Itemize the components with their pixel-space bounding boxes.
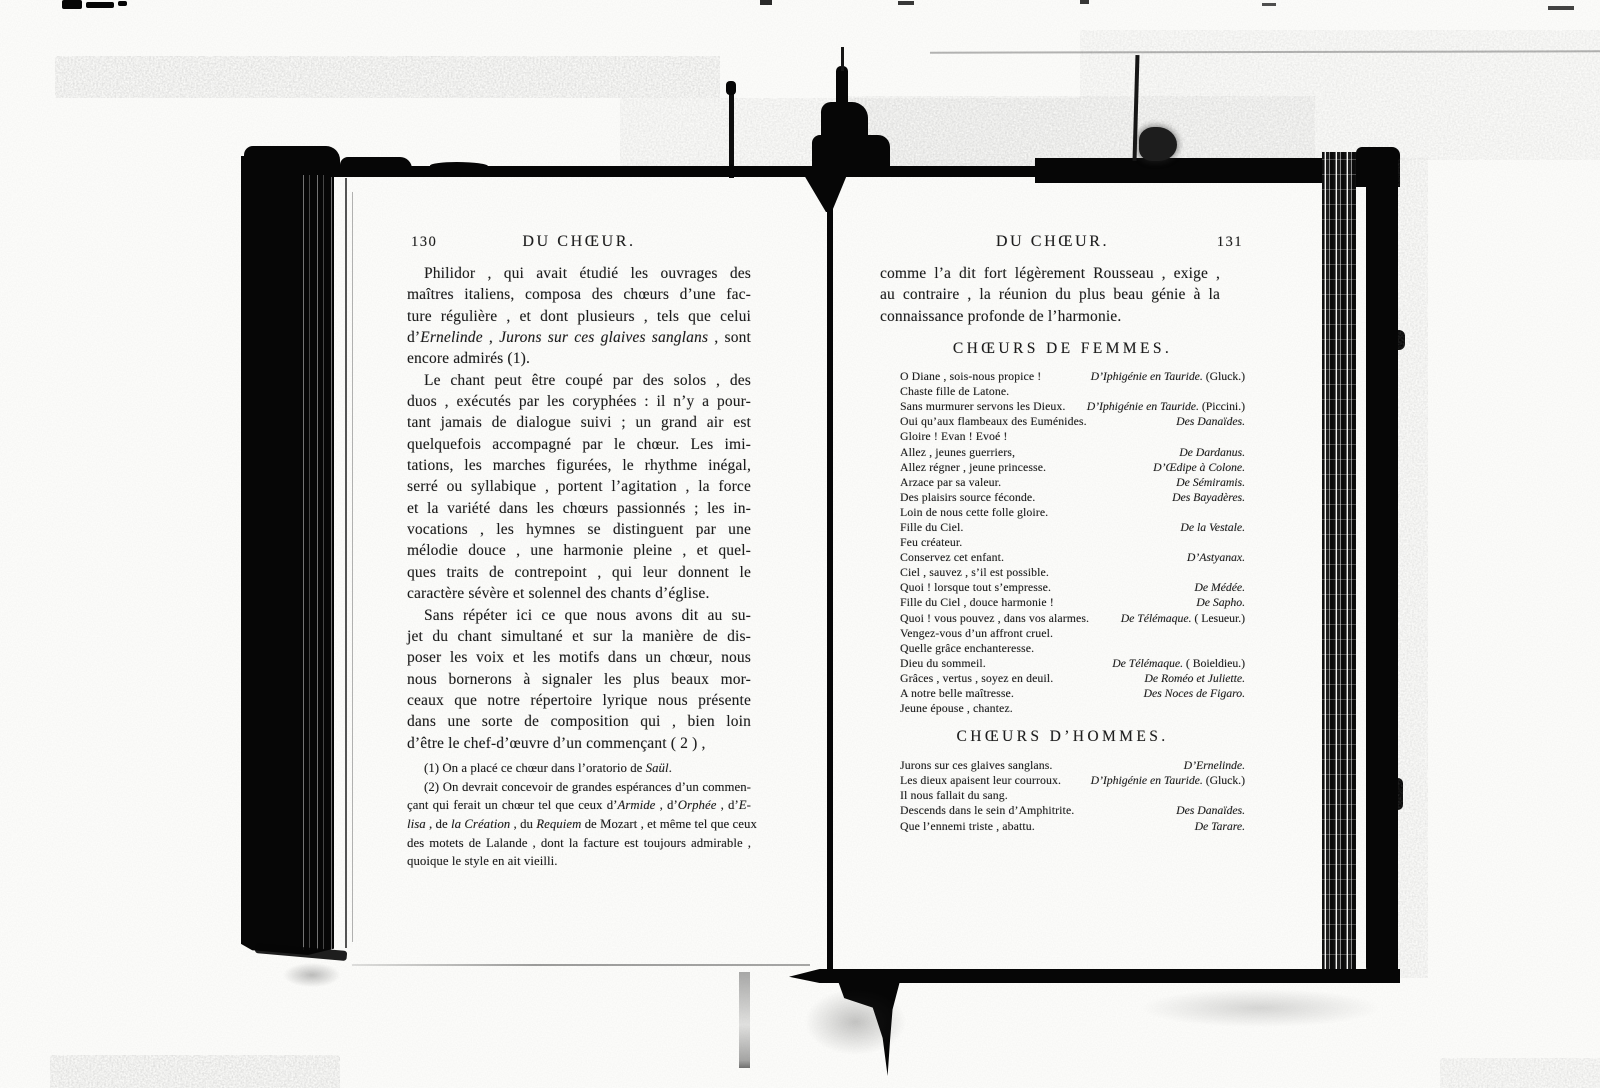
text-line: encore admirés (1). [407,348,751,369]
repertoire-row: Jurons sur ces glaives sanglans.D’Erneli… [900,758,1245,773]
scan-page-edge-line [345,178,347,948]
section-heading-choeurs-de-femmes: CHŒURS DE FEMMES. [880,340,1245,360]
chorus-title: Quoi ! lorsque tout s’empresse. [900,580,1051,595]
scan-ink-dash [1548,6,1574,10]
scan-ink-hairline [841,47,844,71]
repertoire-row: Fille du Ciel.De la Vestale. [900,520,1245,535]
text-line: des motets de Lalande , dont la facture … [407,834,751,853]
text-line: serré ou syllabique , portent l’agitatio… [407,476,751,497]
chorus-source: D’Astyanax. [1187,550,1245,565]
text-line: et la variété dans les chœurs passionnés… [407,498,751,519]
repertoire-row: Il nous fallait du sang. [900,788,1245,803]
right-page-number: 131 [1217,234,1243,251]
text-line: au contraire , la réunion du plus beau g… [880,284,1220,305]
text-line: comme l’a dit fort légèrement Rousseau ,… [880,263,1220,284]
left-page-number: 130 [411,234,437,251]
repertoire-row: Loin de nous cette folle gloire. [900,505,1245,520]
text-line: çant qui ferait un chœur tel que ceux d’… [407,796,751,815]
text-line: quelquefois accompagné par le chœur. Les… [407,434,751,455]
chorus-title: Dieu du sommeil. [900,656,986,671]
scan-right-edge-nub [1395,330,1405,350]
text-line: Le chant peut être coupé par des solos ,… [407,370,751,391]
text-line: lisa , de la Création , du Requiem de Mo… [407,815,751,834]
chorus-source: De Médée. [1194,580,1245,595]
text-line: ceaux que notre répertoire lyrique nous … [407,690,751,711]
chorus-title: Loin de nous cette folle gloire. [900,505,1048,520]
scan-binding-bottom-haze [272,958,352,992]
scan-ink-dash [62,0,82,9]
text-line: d’Ernelinde , Jurons sur ces glaives san… [407,327,751,348]
text-line: Sans répéter ici ce que nous avons dit a… [407,605,751,626]
text-line: d’être le chef-d’œuvre d’un commençant (… [407,733,751,754]
chorus-title: Descends dans le sein d’Amphitrite. [900,803,1074,818]
chorus-source: D’Œdipe à Colone. [1153,460,1245,475]
repertoire-row: Ciel , sauvez , s’il est possible. [900,565,1245,580]
chorus-title: Feu créateur. [900,535,962,550]
chorus-source: Des Danaïdes. [1176,414,1245,429]
chorus-title: Chaste fille de Latone. [900,384,1009,399]
repertoire-row: Grâces , vertus , soyez en deuil.De Romé… [900,671,1245,686]
chorus-title: Quelle grâce enchanteresse. [900,641,1034,656]
repertoire-row: A notre belle maîtresse.Des Noces de Fig… [900,686,1245,701]
text-line: dans une sorte de composition qui , bien… [407,711,751,732]
chorus-title: Jurons sur ces glaives sanglans. [900,758,1053,773]
text-line: (1) On a placé ce chœur dans l’oratorio … [407,759,751,778]
scan-smudge-bottom-left [50,1055,340,1088]
scan-page-edge-line [352,192,353,942]
text-line: tant jamais de dialogue suivi ; un grand… [407,412,751,433]
chorus-source: Des Noces de Figaro. [1144,686,1246,701]
text-line: ques traits de contrepoint , qui leur do… [407,562,751,583]
text-line: Philidor , qui avait étudié les ouvrages… [407,263,751,284]
scan-ink-dash [1080,0,1089,4]
repertoire-row: O Diane , sois-nous propice !D’Iphigénie… [900,369,1245,384]
chorus-title: Il nous fallait du sang. [900,788,1008,803]
repertoire-row: Quoi ! lorsque tout s’empresse.De Médée. [900,580,1245,595]
scan-ink-dash [898,1,914,5]
text-line: jet du chant simultané et sur la manière… [407,626,751,647]
right-page-body: comme l’a dit fort légèrement Rousseau ,… [880,263,1220,327]
left-running-head: 130 DU CHŒUR. [407,233,751,255]
repertoire-row: Conservez cet enfant.D’Astyanax. [900,550,1245,565]
scan-ink-blob [244,146,340,168]
scan-pole-knob [726,81,736,95]
scan-right-edge-nub [1394,778,1403,810]
chorus-title: Fille du Ciel. [900,520,963,535]
left-page: 130 DU CHŒUR. Philidor , qui avait étudi… [407,233,751,871]
text-line: (2) On devrait concevoir de grandes espé… [407,778,751,797]
chorus-source: De Sémiramis. [1176,475,1245,490]
text-line: tations, les marches figurées, le rhythm… [407,455,751,476]
scan-faint-hline [930,50,1600,53]
scan-smudge-bottom-right [1440,1058,1600,1088]
right-page: DU CHŒUR. 131 comme l’a dit fort légèrem… [880,233,1245,834]
chorus-title: Vengez-vous d’un affront cruel. [900,626,1053,641]
scan-right-edge-haze [1398,158,1428,978]
chorus-title: Allez , jeunes guerriers, [900,445,1015,460]
scan-ink-dash [1262,3,1276,6]
chorus-source: D’Iphigénie en Tauride. (Piccini.) [1087,399,1245,414]
running-head-text: DU CHŒUR. [996,233,1109,250]
text-line: vocations , les hymnes se distinguent pa… [407,519,751,540]
text-line: ture régulière , et dont plusieurs , tel… [407,306,751,327]
scanned-book-spread: 130 DU CHŒUR. Philidor , qui avait étudi… [0,0,1600,1088]
chorus-source: D’Iphigénie en Tauride. (Gluck.) [1091,773,1245,788]
chorus-source: De Télémaque. ( Lesueur.) [1121,611,1245,626]
scan-right-edge-band [1366,150,1398,983]
repertoire-row: Arzace par sa valeur.De Sémiramis. [900,475,1245,490]
chorus-title: A notre belle maîtresse. [900,686,1014,701]
chorus-source: D’Ernelinde. [1184,758,1245,773]
section-heading-choeurs-d-hommes: CHŒURS D’HOMMES. [880,728,1245,748]
chorus-source: De Sapho. [1196,595,1245,610]
chorus-source: De Dardanus. [1179,445,1245,460]
text-line: duos , exécutés par les coryphées : il n… [407,391,751,412]
repertoire-row: Les dieux apaisent leur courroux.D’Iphig… [900,773,1245,788]
chorus-title: Sans murmurer servons les Dieux. [900,399,1065,414]
repertoire-row: Sans murmurer servons les Dieux.D’Iphigé… [900,399,1245,414]
text-line: nous bornerons à signaler les plus beaux… [407,669,751,690]
chorus-title: Grâces , vertus , soyez en deuil. [900,671,1053,686]
scan-corner-shadow [1110,984,1410,1032]
chorus-title: Quoi ! vous pouvez , dans vos alarmes. [900,611,1089,626]
chorus-title: Arzace par sa valeur. [900,475,1001,490]
left-page-footnotes: (1) On a placé ce chœur dans l’oratorio … [407,759,751,871]
repertoire-row: Des plaisirs source féconde.Des Bayadère… [900,490,1245,505]
repertoire-row: Allez régner , jeune princesse.D’Œdipe à… [900,460,1245,475]
chorus-source: Des Danaïdes. [1176,803,1245,818]
scan-gray-strip [739,972,750,1068]
repertoire-row: Quoi ! vous pouvez , dans vos alarmes.De… [900,611,1245,626]
scan-gutter-line [827,177,833,974]
chorus-title: Les dieux apaisent leur courroux. [900,773,1061,788]
scan-smudge-top-left-band [55,56,720,98]
chorus-title: Que l’ennemi triste , abattu. [900,819,1035,834]
chorus-title: Des plaisirs source féconde. [900,490,1035,505]
text-line: caractère sévère et solennel des chants … [407,583,751,604]
repertoire-row: Dieu du sommeil.De Télémaque. ( Boieldie… [900,656,1245,671]
scan-ink-dash [118,1,127,6]
running-head-text: DU CHŒUR. [522,233,635,250]
scan-ink-dash [86,2,114,8]
chorus-source: De Tarare. [1195,819,1245,834]
left-page-body: Philidor , qui avait étudié les ouvrages… [407,263,751,754]
chorus-title: O Diane , sois-nous propice ! [900,369,1041,384]
chorus-source: De Roméo et Juliette. [1144,671,1245,686]
chorus-title: Allez régner , jeune princesse. [900,460,1046,475]
text-line: mélodie douce , une harmonie pleine , et… [407,540,751,561]
repertoire-list-femmes: O Diane , sois-nous propice !D’Iphigénie… [900,369,1245,716]
repertoire-row: Que l’ennemi triste , abattu.De Tarare. [900,819,1245,834]
scan-ink-blob [1139,127,1177,161]
repertoire-row: Quelle grâce enchanteresse. [900,641,1245,656]
repertoire-row: Vengez-vous d’un affront cruel. [900,626,1245,641]
scan-drip-haze [788,978,923,1066]
repertoire-row: Fille du Ciel , douce harmonie !De Sapho… [900,595,1245,610]
chorus-source: De la Vestale. [1180,520,1245,535]
chorus-title: Oui qu’aux flambeaux des Euménides. [900,414,1087,429]
chorus-title: Conservez cet enfant. [900,550,1004,565]
repertoire-row: Allez , jeunes guerriers,De Dardanus. [900,445,1245,460]
text-line: quoique le style en ait vieilli. [407,852,751,871]
scan-right-edge-streaks [1322,152,1356,976]
repertoire-row: Gloire ! Evan ! Evoé ! [900,429,1245,444]
chorus-title: Fille du Ciel , douce harmonie ! [900,595,1054,610]
text-line: maîtres italiens, composa des chœurs d’u… [407,284,751,305]
text-line: connaissance profonde de l’harmonie. [880,306,1220,327]
scan-ink-dash [760,0,772,5]
repertoire-row: Oui qu’aux flambeaux des Euménides.Des D… [900,414,1245,429]
chorus-title: Jeune épouse , chantez. [900,701,1013,716]
scan-ink-blob-tower-spike [836,66,848,112]
repertoire-row: Chaste fille de Latone. [900,384,1245,399]
text-line: poser les voix et les motifs dans un chœ… [407,647,751,668]
repertoire-list-hommes: Jurons sur ces glaives sanglans.D’Erneli… [900,758,1245,833]
chorus-source: Des Bayadères. [1172,490,1245,505]
right-running-head: DU CHŒUR. 131 [880,233,1225,255]
chorus-title: Gloire ! Evan ! Evoé ! [900,429,1007,444]
repertoire-row: Feu créateur. [900,535,1245,550]
chorus-source: De Télémaque. ( Boieldieu.) [1112,656,1245,671]
scan-left-page-bottom-line [352,964,810,966]
repertoire-row: Descends dans le sein d’Amphitrite.Des D… [900,803,1245,818]
repertoire-row: Jeune épouse , chantez. [900,701,1245,716]
chorus-source: D’Iphigénie en Tauride. (Gluck.) [1091,369,1245,384]
scan-left-binding-streaks [300,175,334,950]
chorus-title: Ciel , sauvez , s’il est possible. [900,565,1049,580]
